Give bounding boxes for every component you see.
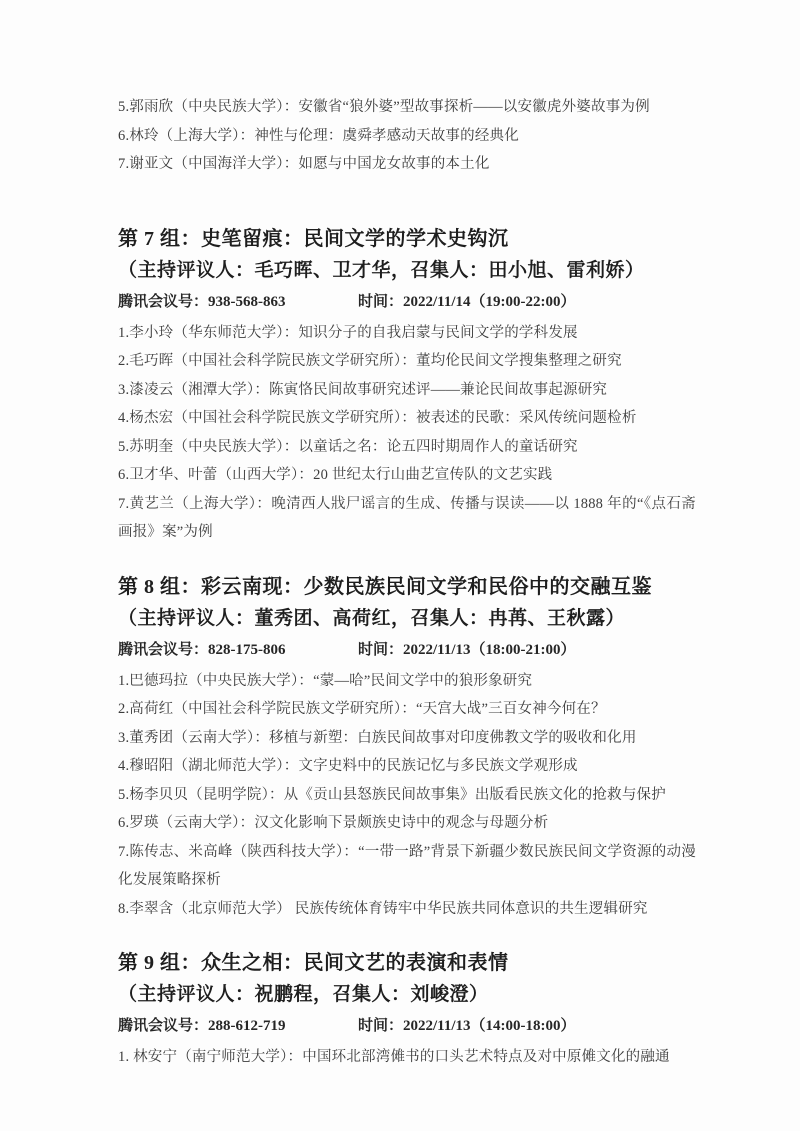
presentation-item: 3.董秀团（云南大学）：移植与新塑：白族民间故事对印度佛教文学的吸收和化用 [118, 724, 696, 753]
session-hosts-line: （主持评议人：董秀团、高荷红，召集人：冉苒、王秋露） [118, 603, 696, 635]
session-title: 第 8 组：彩云南现：少数民族民间文学和民俗中的交融互鉴 [118, 571, 696, 603]
meeting-id-label: 腾讯会议号：828-175-806 [118, 635, 358, 665]
presentation-item: 6.林玲（上海大学）：神性与伦理：虞舜孝感动天故事的经典化 [118, 122, 696, 151]
presentation-item: 2.高荷红（中国社会科学院民族文学研究所）：“天宫大战”三百女神今何在？ [118, 695, 696, 724]
meeting-id-label: 腾讯会议号：938-568-863 [118, 287, 358, 317]
session-meeting-line: 腾讯会议号：828-175-806时间：2022/11/13（18:00-21:… [118, 635, 696, 665]
session-list: 第 7 组：史笔留痕：民间文学的学术史钩沉（主持评议人：毛巧晖、卫才华，召集人：… [118, 223, 696, 1072]
presentation-item: 6.卫才华、叶蕾（山西大学）：20 世纪太行山曲艺宣传队的文艺实践 [118, 461, 696, 490]
presentation-item: 4.穆昭阳（湖北师范大学）：文字史料中的民族记忆与多民族文学观形成 [118, 752, 696, 781]
presentation-item: 6.罗瑛（云南大学）：汉文化影响下景颇族史诗中的观念与母题分析 [118, 809, 696, 838]
presentation-item: 7.陈传志、米高峰（陕西科技大学）：“一带一路”背景下新疆少数民族民间文学资源的… [118, 838, 696, 895]
meeting-time-label: 时间：2022/11/13（14:00-18:00） [358, 1011, 576, 1041]
presentation-item: 1. 林安宁（南宁师范大学）：中国环北部湾傩书的口头艺术特点及对中原傩文化的融通 [118, 1043, 696, 1072]
session-block: 第 9 组：众生之相：民间文艺的表演和表情（主持评议人：祝鹏程，召集人：刘峻澄）… [118, 947, 696, 1072]
presentation-item: 5.苏明奎（中央民族大学）：以童话之名：论五四时期周作人的童话研究 [118, 433, 696, 462]
meeting-id-label: 腾讯会议号：288-612-719 [118, 1011, 358, 1041]
presentation-item: 5.杨李贝贝（昆明学院）：从《贡山县怒族民间故事集》出版看民族文化的抢救与保护 [118, 781, 696, 810]
session-title: 第 7 组：史笔留痕：民间文学的学术史钩沉 [118, 223, 696, 255]
session-meeting-line: 腾讯会议号：938-568-863时间：2022/11/14（19:00-22:… [118, 287, 696, 317]
presentation-item: 5.郭雨欣（中央民族大学）：安徽省“狼外婆”型故事探析——以安徽虎外婆故事为例 [118, 93, 696, 122]
session-title: 第 9 组：众生之相：民间文艺的表演和表情 [118, 947, 696, 979]
document-page: 5.郭雨欣（中央民族大学）：安徽省“狼外婆”型故事探析——以安徽虎外婆故事为例6… [0, 0, 800, 1131]
session-block: 第 8 组：彩云南现：少数民族民间文学和民俗中的交融互鉴（主持评议人：董秀团、高… [118, 571, 696, 924]
session-hosts-line: （主持评议人：祝鹏程，召集人：刘峻澄） [118, 979, 696, 1011]
presentation-item: 2.毛巧晖（中国社会科学院民族文学研究所）：董均伦民间文学搜集整理之研究 [118, 347, 696, 376]
leading-presentation-list: 5.郭雨欣（中央民族大学）：安徽省“狼外婆”型故事探析——以安徽虎外婆故事为例6… [118, 93, 696, 179]
meeting-time-label: 时间：2022/11/14（19:00-22:00） [358, 287, 576, 317]
session-meeting-line: 腾讯会议号：288-612-719时间：2022/11/13（14:00-18:… [118, 1011, 696, 1041]
presentation-item: 1.李小玲（华东师范大学）：知识分子的自我启蒙与民间文学的学科发展 [118, 319, 696, 348]
presentation-item: 4.杨杰宏（中国社会科学院民族文学研究所）：被表述的民歌：采风传统问题检析 [118, 404, 696, 433]
session-block: 第 7 组：史笔留痕：民间文学的学术史钩沉（主持评议人：毛巧晖、卫才华，召集人：… [118, 223, 696, 547]
presentation-item: 7.黄艺兰（上海大学）：晚清西人戕尸谣言的生成、传播与误读——以 1888 年的… [118, 490, 696, 547]
session-hosts-line: （主持评议人：毛巧晖、卫才华，召集人：田小旭、雷利娇） [118, 255, 696, 287]
meeting-time-label: 时间：2022/11/13（18:00-21:00） [358, 635, 576, 665]
presentation-item: 3.漆凌云（湘潭大学）：陈寅恪民间故事研究述评——兼论民间故事起源研究 [118, 376, 696, 405]
presentation-item: 7.谢亚文（中国海洋大学）：如愿与中国龙女故事的本土化 [118, 150, 696, 179]
presentation-item: 1.巴德玛拉（中央民族大学）：“蒙—哈”民间文学中的狼形象研究 [118, 667, 696, 696]
presentation-item: 8.李翠含（北京师范大学） 民族传统体育铸牢中华民族共同体意识的共生逻辑研究 [118, 895, 696, 924]
